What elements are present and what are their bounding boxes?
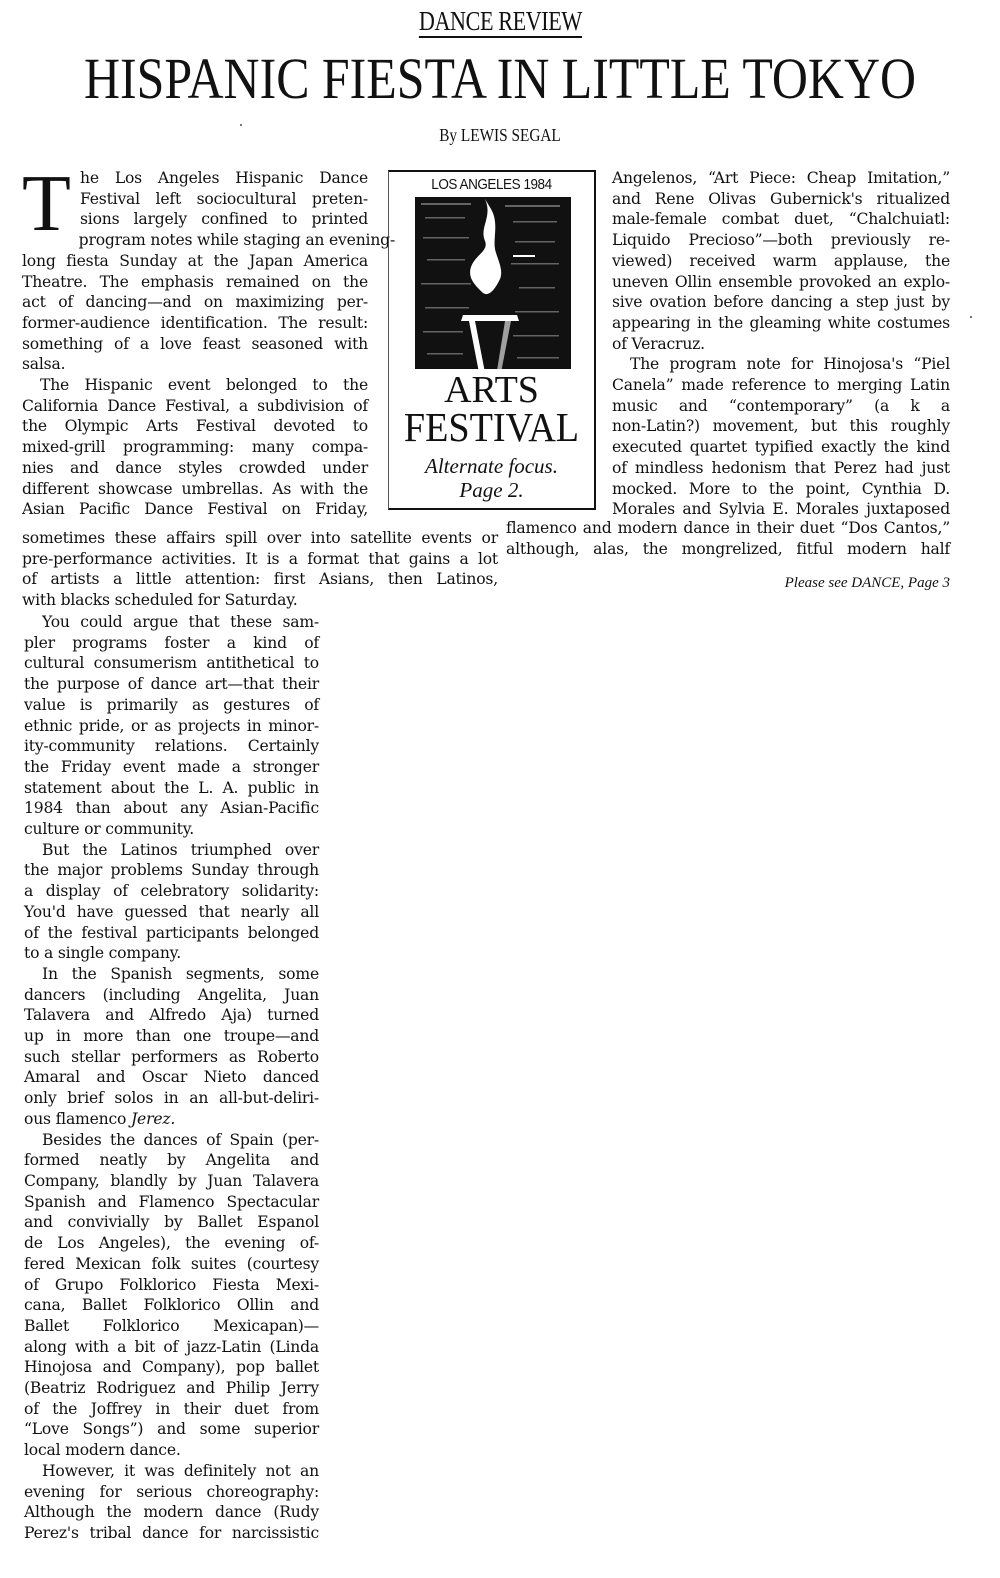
text-line: salsa. [22, 354, 368, 375]
sidebar-note-page-link[interactable]: Page 2. [389, 478, 594, 502]
text-line: The program note for Hinojosa's “Piel [612, 354, 950, 375]
text-line: with blacks scheduled for Saturday. [22, 590, 498, 611]
print-speck [970, 316, 972, 318]
column-1-top: T he Los Angeles Hispanic DanceFestival … [22, 168, 368, 520]
text-line: up in more than one troupe—and [24, 1026, 319, 1047]
text-line: Ballet Folklorico Mexicapan)— [24, 1316, 319, 1337]
text-line: The Hispanic event belonged to the [22, 375, 368, 396]
text-line: sions largely confined to printed [80, 209, 368, 230]
text-line: Perez's tribal dance for narcissistic [24, 1523, 319, 1544]
text-line: cultural consumerism antithetical to [24, 653, 319, 674]
text-line: the Friday event made a stronger [24, 757, 319, 778]
column-3-wide-continuation: flamenco and modern dance in their duet … [506, 518, 950, 559]
text-line: Canela” made reference to merging Latin [612, 375, 950, 396]
text-line: the major problems Sunday through [24, 860, 319, 881]
sidebar-note[interactable]: Alternate focus. Page 2. [389, 454, 594, 502]
text-line: mocked. More to the point, Cynthia D. [612, 479, 950, 500]
byline: By LEWIS SEGAL [75, 125, 925, 146]
sidebar-title-festival: FESTIVAL [396, 406, 587, 448]
text-line: “Love Songs”) and some superior [24, 1419, 319, 1440]
text-line: But the Latinos triumphed over [24, 840, 319, 861]
text-line: However, it was definitely not an [24, 1461, 319, 1482]
text-line: California Dance Festival, a subdivision… [22, 396, 368, 417]
text-line: appearing in the gleaming white costumes [612, 313, 950, 334]
text-line: (Beatriz Rodriguez and Philip Jerry [24, 1378, 319, 1399]
text-line: uneven Ollin ensemble provoked an explo- [612, 272, 950, 293]
text-line: Besides the dances of Spain (per- [24, 1130, 319, 1151]
column-1-lower: You could argue that these sam-pler prog… [24, 612, 319, 1544]
text-line: Liquido Precioso”—both previously re- [612, 230, 950, 251]
sidebar-top-label: LOS ANGELES 1984 [399, 176, 584, 193]
text-line: and convivially by Ballet Espanol [24, 1212, 319, 1233]
section-kicker: DANCE REVIEW [0, 6, 1000, 38]
text-line: such stellar performers as Roberto [24, 1047, 319, 1068]
text-line: Amaral and Oscar Nieto danced [24, 1067, 319, 1088]
text-line: statement about the L. A. public in [24, 778, 319, 799]
text-line: Asian Pacific Dance Festival on Friday, [22, 499, 368, 520]
text-line: male-female combat duet, “Chalchuiatl: [612, 209, 950, 230]
print-speck [240, 124, 242, 126]
text-line: pre-performance activities. It is a form… [22, 549, 498, 570]
column-3: Angelenos, “Art Piece: Cheap Imitation,”… [612, 168, 950, 520]
text-line: You could argue that these sam- [24, 612, 319, 633]
text-line: Hinojosa and Company), pop ballet [24, 1357, 319, 1378]
headline: HISPANIC FIESTA IN LITTLE TOKYO [70, 46, 930, 112]
text-line: only brief solos in an all-but-deliri- [24, 1088, 319, 1109]
text-line: Theatre. The emphasis remained on the [22, 272, 368, 293]
text-line: of the festival participants belonged [24, 923, 319, 944]
sidebar-note-line1: Alternate focus. [389, 454, 594, 478]
text-line: dancers (including Angelita, Juan [24, 985, 319, 1006]
text-line: de Los Angeles), the evening of- [24, 1233, 319, 1254]
text-line: of the Joffrey in their duet from [24, 1399, 319, 1420]
text-line: mixed-grill programming: many compa- [22, 437, 368, 458]
text-line: flamenco and modern dance in their duet … [506, 518, 950, 539]
text-line: a display of celebratory solidarity: [24, 881, 319, 902]
text-line: something of a love feast seasoned with [22, 334, 368, 355]
text-line: evening for serious choreography: [24, 1482, 319, 1503]
section-kicker-text: DANCE REVIEW [419, 6, 582, 38]
text-line: the Olympic Arts Festival devoted to [22, 416, 368, 437]
text-line: to a single company. [24, 943, 319, 964]
text-line: long fiesta Sunday at the Japan America [22, 251, 368, 272]
text-line: sive ovation before dancing a step just … [612, 292, 950, 313]
text-line: ous flamenco Jerez. [24, 1109, 319, 1130]
text-line: although, alas, the mongrelized, fitful … [506, 539, 950, 560]
continued-jump-link[interactable]: Please see DANCE, Page 3 [600, 575, 950, 592]
text-line: formed neatly by Angelita and [24, 1150, 319, 1171]
text-line: culture or community. [24, 819, 319, 840]
text-line: he Los Angeles Hispanic Dance [80, 168, 368, 189]
text-line: executed quartet typified exactly the ki… [612, 437, 950, 458]
text-line: local modern dance. [24, 1440, 319, 1461]
sidebar-title-arts: ARTS [389, 372, 594, 408]
text-line: act of dancing—and on maximizing per- [22, 292, 368, 313]
text-line: fered Mexican folk suites (courtesy [24, 1254, 319, 1275]
text-line: and Rene Olivas Gubernick's ritualized [612, 189, 950, 210]
text-line: 1984 than about any Asian-Pacific [24, 798, 319, 819]
drop-cap: T [22, 172, 71, 234]
text-line: ity-community relations. Certainly [24, 736, 319, 757]
text-line: Morales and Sylvia E. Morales juxtaposed [612, 499, 950, 520]
arts-festival-sidebar[interactable]: LOS ANGELES 1984 ARTS FESTIVAL Alternate… [388, 170, 596, 510]
text-line: former-audience identification. The resu… [22, 313, 368, 334]
text-line: Talavera and Alfredo Aja) turned [24, 1005, 319, 1026]
text-line: Although the modern dance (Rudy [24, 1502, 319, 1523]
torch-icon [415, 197, 571, 383]
text-line: the purpose of dance art—that their [24, 674, 319, 695]
text-line: Spanish and Flamenco Spectacular [24, 1192, 319, 1213]
text-line: sometimes these affairs spill over into … [22, 528, 498, 549]
text-line: music and “contemporary” (a k a [612, 396, 950, 417]
text-line: Angelenos, “Art Piece: Cheap Imitation,” [612, 168, 950, 189]
column-1-wide-continuation: sometimes these affairs spill over into … [22, 528, 498, 611]
text-line: program notes while staging an evening- [22, 230, 368, 251]
text-line: viewed) received warm applause, the [612, 251, 950, 272]
text-line: ethnic pride, or as projects in minor- [24, 716, 319, 737]
text-line: of Grupo Folklorico Fiesta Mexi- [24, 1275, 319, 1296]
text-line: different showcase umbrellas. As with th… [22, 479, 368, 500]
text-line: of mindless hedonism that Perez had just [612, 458, 950, 479]
text-line: cana, Ballet Folklorico Ollin and [24, 1295, 319, 1316]
text-line: of artists a little attention: first Asi… [22, 569, 498, 590]
text-line: You'd have guessed that nearly all [24, 902, 319, 923]
text-line: along with a bit of jazz-Latin (Linda [24, 1337, 319, 1358]
text-line: Company, blandly by Juan Talavera [24, 1171, 319, 1192]
text-line: of Veracruz. [612, 334, 950, 355]
text-line: nies and dance styles crowded under [22, 458, 368, 479]
text-line: value is primarily as gestures of [24, 695, 319, 716]
text-line: pler programs foster a kind of [24, 633, 319, 654]
text-line: non-Latin?) movement, but this roughly [612, 416, 950, 437]
text-line: Festival left sociocultural preten- [80, 189, 368, 210]
italic-title: Jerez. [131, 1110, 175, 1128]
text-line: In the Spanish segments, some [24, 964, 319, 985]
